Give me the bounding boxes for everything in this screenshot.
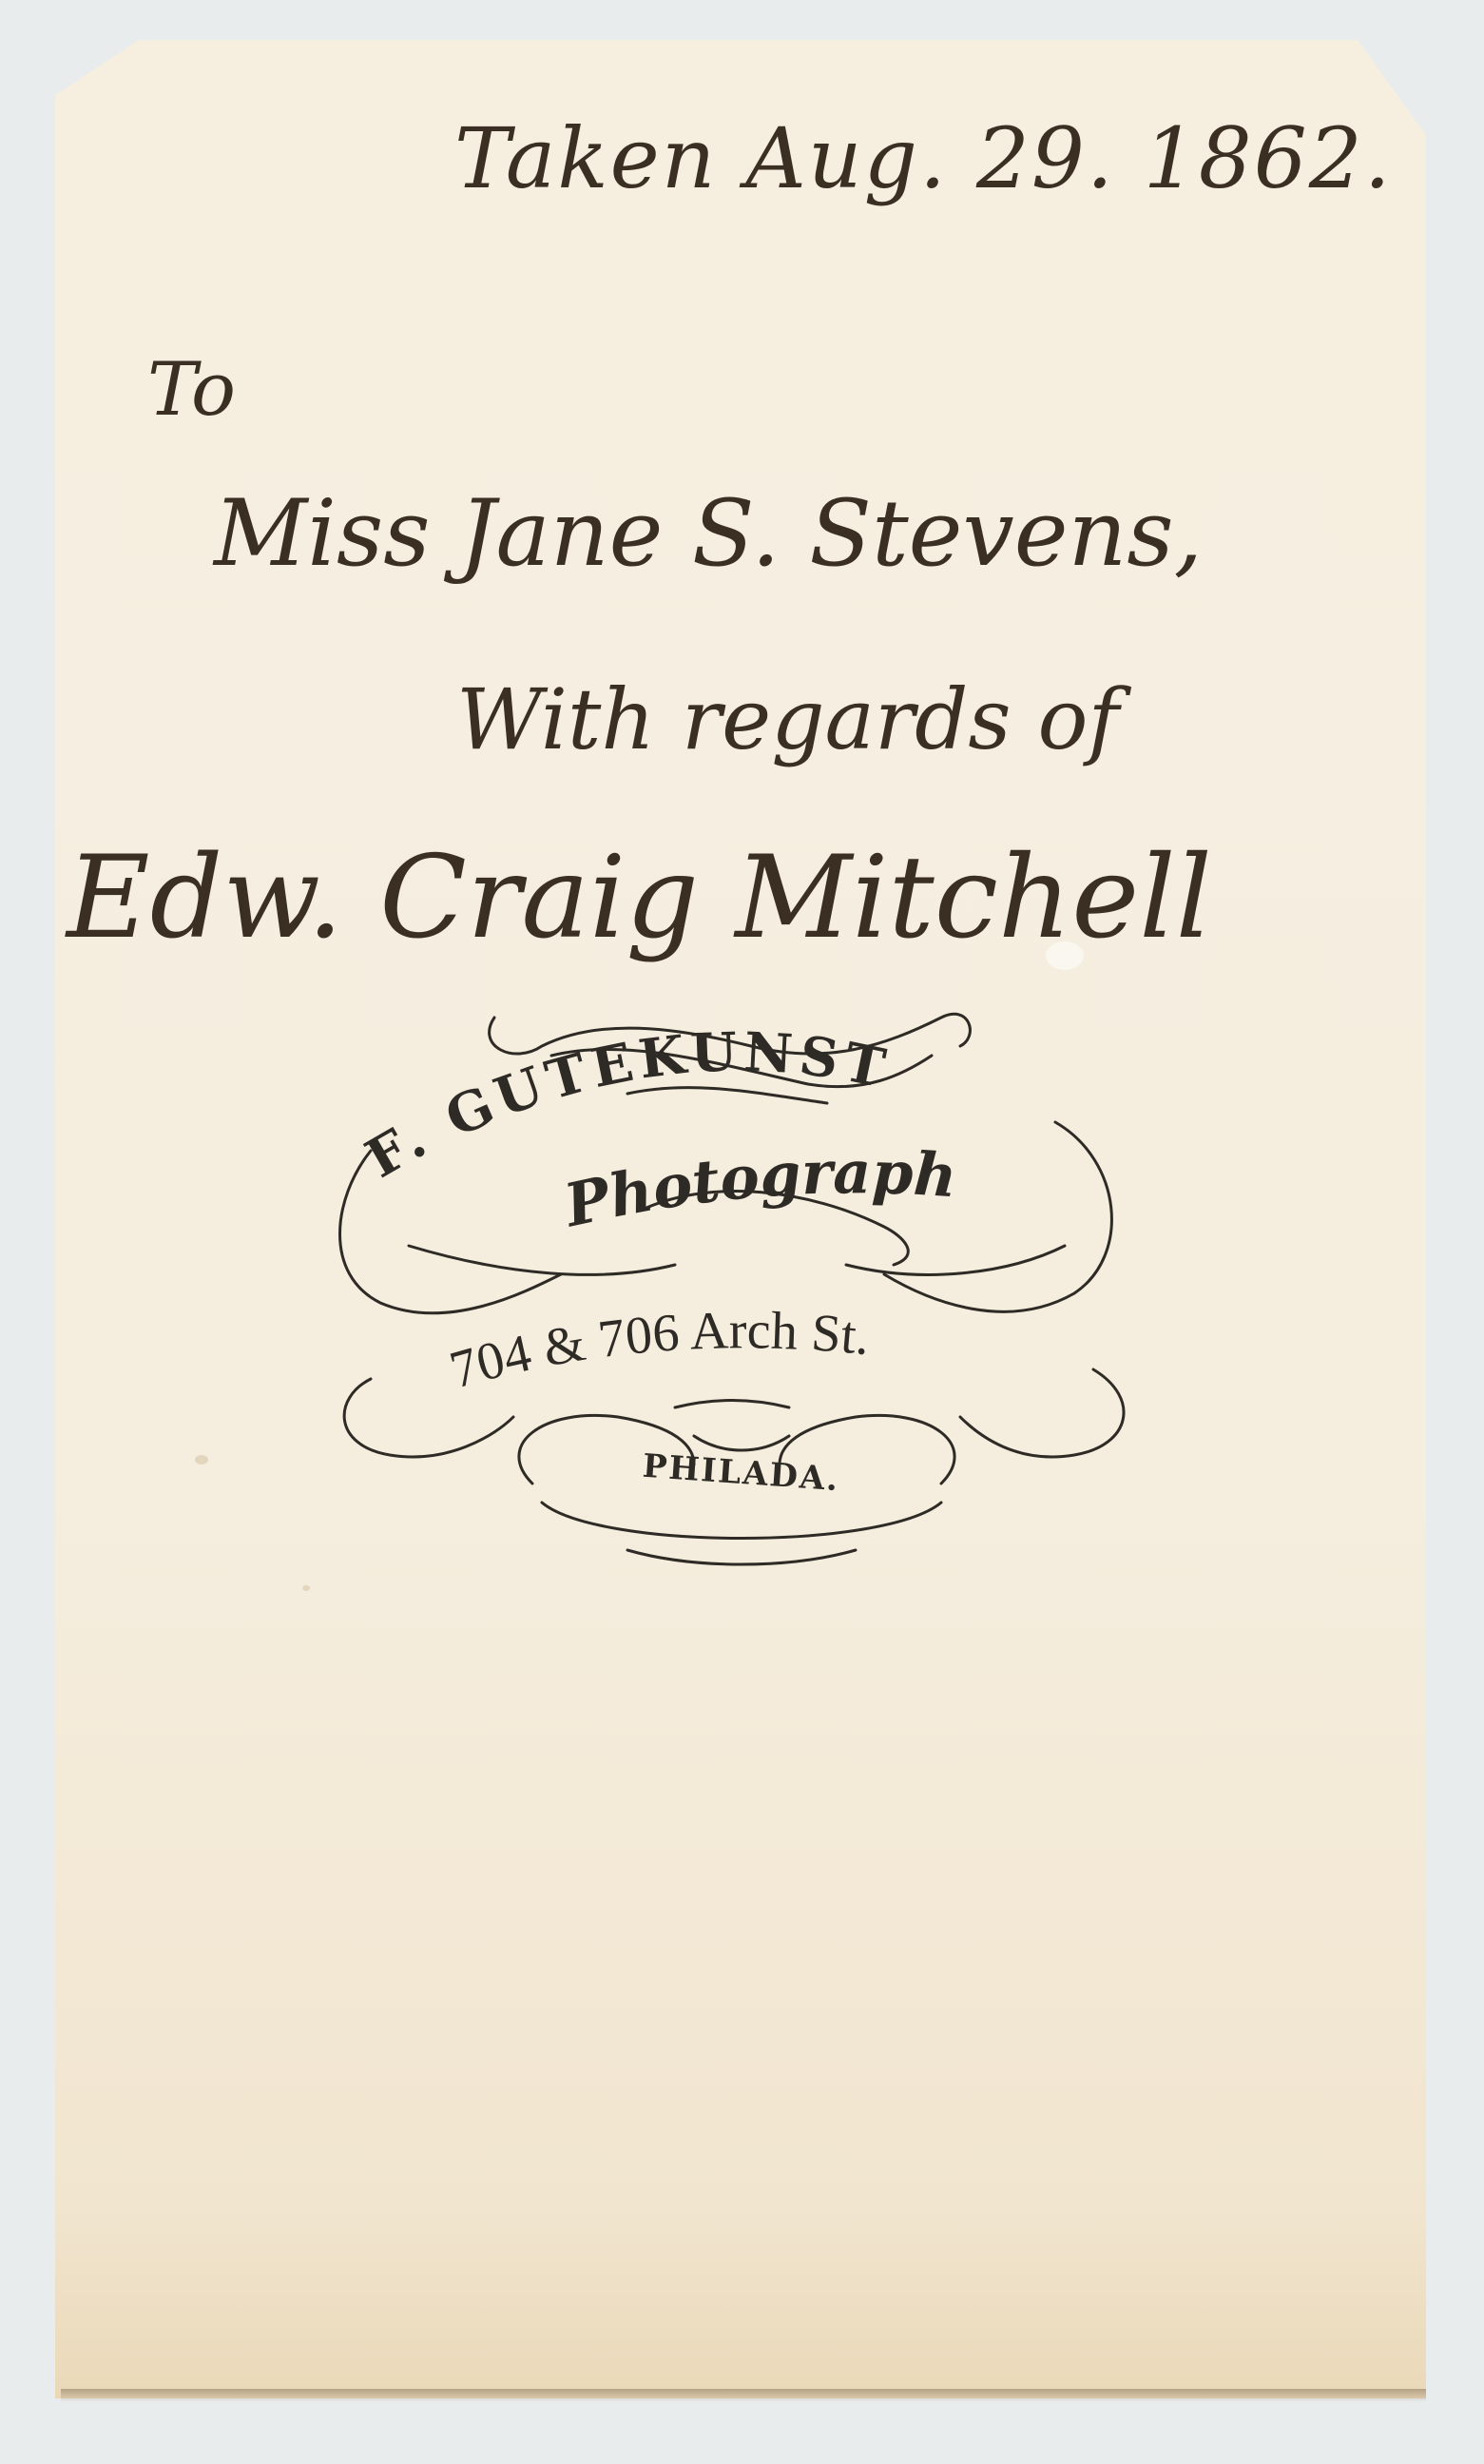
photographer-imprint: F. GUTEKUNST Photographer, 704 & 706 Arc… [314,989,1169,1579]
regards-line: With regards of [456,670,1119,768]
stain [302,1585,310,1591]
card-shadow [61,2389,1426,2402]
imprint-address: 704 & 706 Arch St. [444,1301,873,1400]
recipient-name: Miss Jane S. Stevens, [214,480,1203,587]
salutation: To [147,347,236,433]
sender-signature: Edw. Craig Mitchell [67,832,1212,964]
date-inscription: Taken Aug. 29. 1862. [454,109,1393,207]
stain [195,1455,208,1465]
imprint-flourishes: F. GUTEKUNST Photographer, 704 & 706 Arc… [314,989,1169,1579]
imprint-city: PHILADA. [642,1447,841,1499]
